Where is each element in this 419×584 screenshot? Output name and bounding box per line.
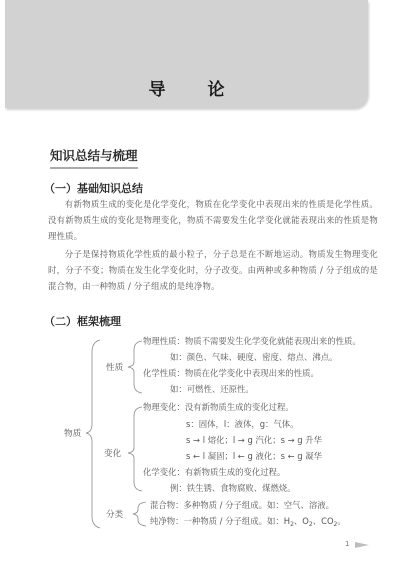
change-line-3: s → l 熔化；l → g 汽化；s → g 升华	[186, 434, 322, 446]
property-line-1: 物理性质：物质不需要发生化学变化就能表现出来的性质。	[143, 335, 361, 347]
change-line-1: 物理变化：没有新物质生成的变化过程。	[143, 401, 294, 413]
property-brace	[128, 341, 142, 393]
formula-h2: H2	[284, 516, 294, 526]
change-brace	[128, 407, 142, 491]
formula-co2: 、CO2	[313, 516, 338, 526]
tree-branch-change: 变化	[104, 447, 121, 459]
tree-branch-property: 性质	[106, 361, 123, 373]
page-number: 1	[345, 540, 349, 548]
root-brace	[86, 340, 100, 528]
property-line-4: 如：可燃性、还原性。	[170, 383, 254, 395]
tree-root-label: 物质	[64, 427, 81, 439]
formula-o2: 、O2	[294, 516, 313, 526]
property-line-3: 化学性质：物质在化学变化中表现出来的性质。	[143, 367, 319, 379]
pure-substance-text: 纯净物：一种物质 / 分子组成。如：	[150, 516, 284, 526]
change-line-2: s：固体，l：液体，g：气体。	[186, 418, 299, 430]
classification-brace	[133, 502, 146, 526]
classification-line-1: 混合物：多种物质 / 分子组成。如：空气、溶液。	[150, 499, 334, 511]
property-line-2: 如：颜色、气味、硬度、密度、熔点、沸点。	[170, 351, 338, 363]
tree-branch-classification: 分类	[106, 508, 123, 520]
tree-braces	[0, 0, 419, 584]
classification-line-2: 纯净物：一种物质 / 分子组成。如：H2、O2、CO2。	[150, 515, 346, 531]
change-line-4: s ← l 凝固；l ← g 液化；s ← g 凝华	[186, 450, 322, 462]
change-line-6: 例：铁生锈、食物腐败、煤燃烧。	[170, 482, 296, 494]
page-arrow-icon	[355, 542, 369, 548]
change-line-5: 化学变化：有新物质生成的变化过程。	[143, 466, 285, 478]
